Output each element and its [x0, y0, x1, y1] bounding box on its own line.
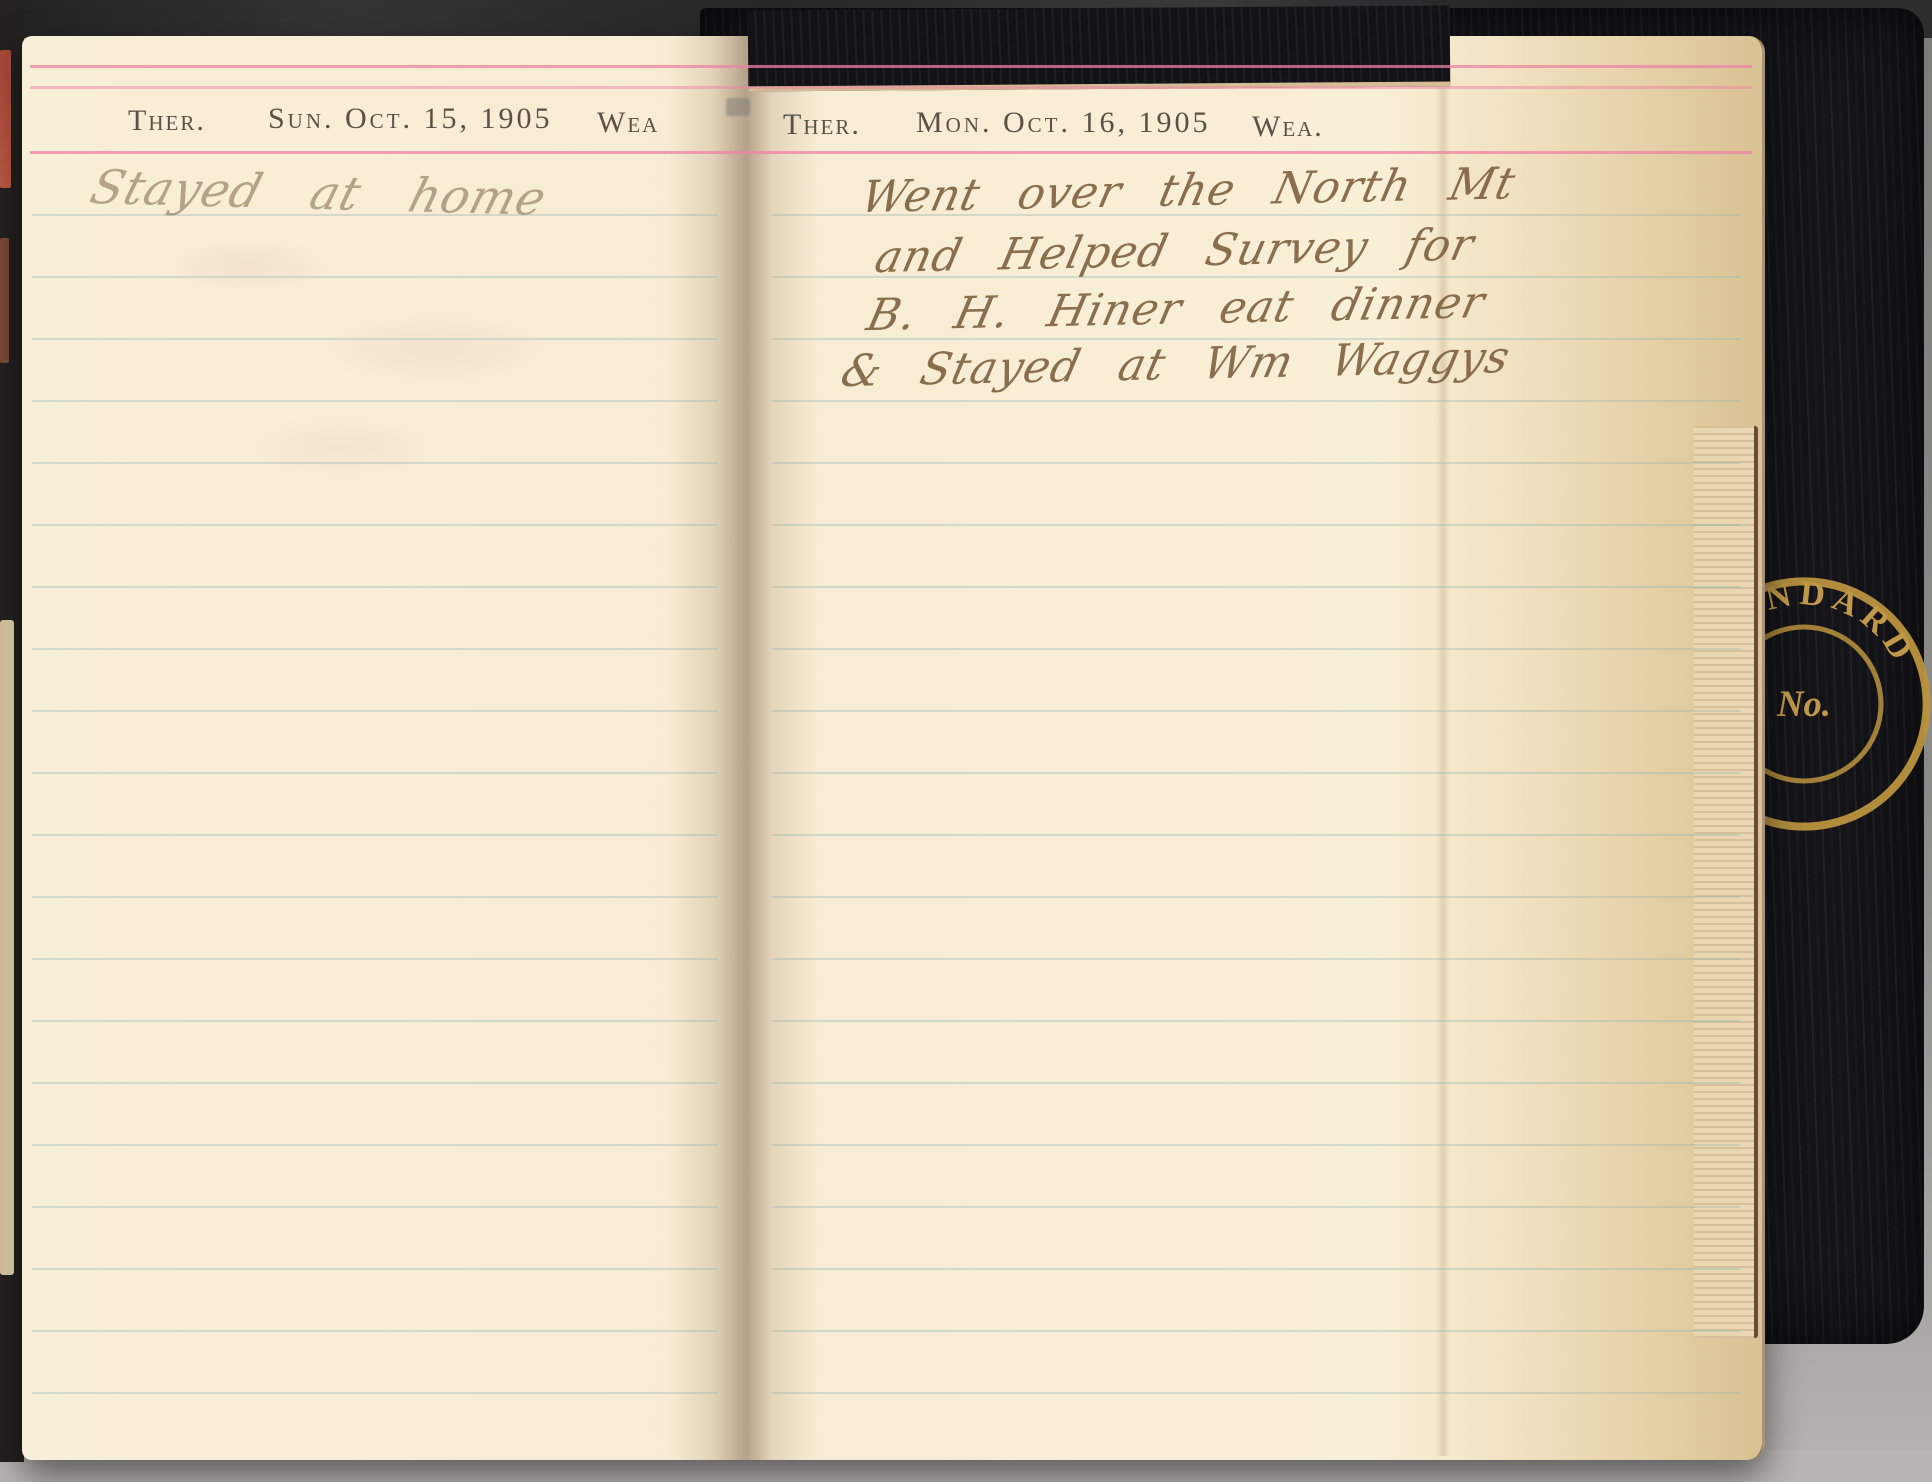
left-ther-label: Ther. — [128, 104, 206, 138]
left-date-heading: Sun. Oct. 15, 1905 — [268, 102, 553, 136]
pink-head-rule-3 — [30, 151, 1752, 154]
cover-edge-above-right-page — [748, 6, 1451, 92]
right-page-ruled-lines — [772, 214, 1740, 1446]
diary-photo-scene: STANDARD No. Ther. Sun. Oct. 15, 1905 We… — [0, 0, 1932, 1482]
left-edge-brown-sliver — [0, 238, 9, 363]
left-edge-red-sliver — [0, 50, 11, 188]
right-wea-label: Wea. — [1252, 110, 1324, 144]
pink-head-rule-1 — [30, 65, 1752, 68]
gutter-smudge — [726, 98, 750, 116]
left-page-ruled-lines — [32, 214, 718, 1446]
left-edge-cream-sliver — [0, 620, 14, 1275]
right-ther-label: Ther. — [783, 108, 861, 142]
pink-head-rule-2 — [30, 86, 1752, 89]
left-wea-label: Wea — [597, 106, 659, 140]
right-date-heading: Mon. Oct. 16, 1905 — [916, 106, 1211, 140]
seal-center-text: No. — [1776, 683, 1831, 724]
